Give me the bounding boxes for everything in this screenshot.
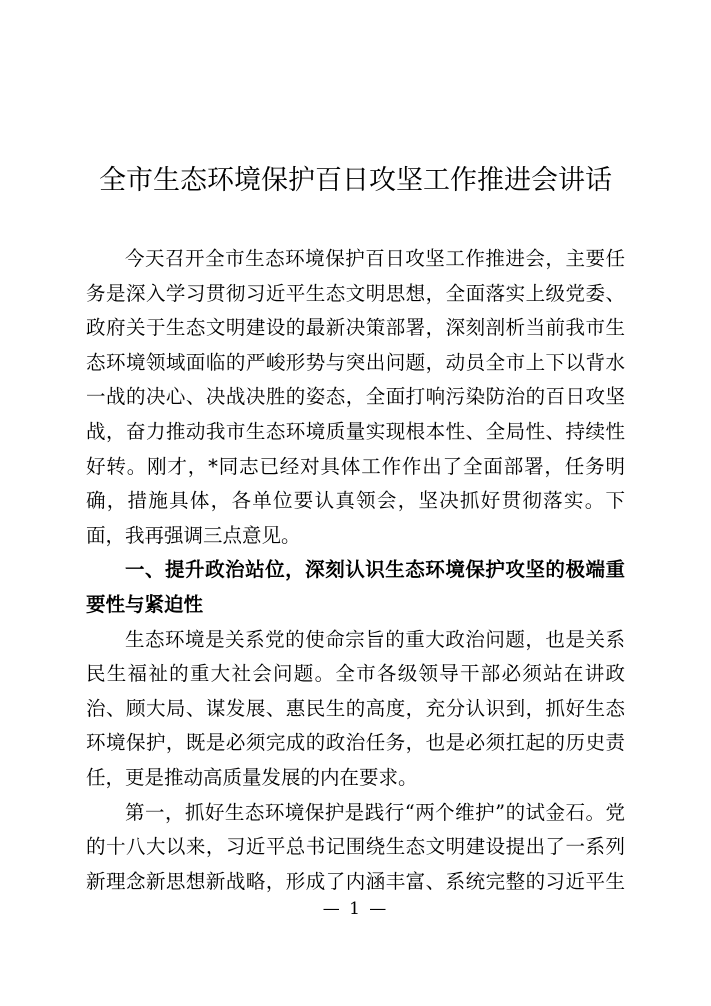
text-line: 政府关于生态文明建设的最新决策部署，深刻剖析当前我市生 xyxy=(86,311,625,346)
document-blocks: 今天召开全市生态环境保护百日攻坚工作推进会，主要任务是深入学习贯彻习近平生态文明… xyxy=(86,242,625,899)
text-line: 民生福祉的重大社会问题。全市各级领导干部必须站在讲政 xyxy=(86,657,625,692)
paragraph: 生态环境是关系党的使命宗旨的重大政治问题，也是关系民生福祉的重大社会问题。全市各… xyxy=(86,623,625,796)
text-line: 一、提升政治站位，深刻认识生态环境保护攻坚的极端重 xyxy=(86,553,625,588)
text-line: 面，我再强调三点意见。 xyxy=(86,519,625,554)
text-line: 战，奋力推动我市生态环境质量实现根本性、全局性、持续性 xyxy=(86,415,625,450)
document-title: 全市生态环境保护百日攻坚工作推进会讲话 xyxy=(0,0,711,201)
paragraph: 第一，抓好生态环境保护是践行“两个维护”的试金石。党的十八大以来，习近平总书记围… xyxy=(86,796,625,900)
section-heading: 一、提升政治站位，深刻认识生态环境保护攻坚的极端重要性与紧迫性 xyxy=(86,553,625,622)
text-line: 环境保护，既是必须完成的政治任务，也是必须扛起的历史责 xyxy=(86,726,625,761)
text-line: 确，措施具体，各单位要认真领会，坚决抓好贯彻落实。下 xyxy=(86,484,625,519)
text-line: 的十八大以来，习近平总书记围绕生态文明建设提出了一系列 xyxy=(86,830,625,865)
text-line: 任，更是推动高质量发展的内在要求。 xyxy=(86,761,625,796)
text-line: 治、顾大局、谋发展、惠民生的高度，充分认识到，抓好生态 xyxy=(86,692,625,727)
text-line: 务是深入学习贯彻习近平生态文明思想，全面落实上级党委、 xyxy=(86,277,625,312)
text-line: 今天召开全市生态环境保护百日攻坚工作推进会，主要任 xyxy=(86,242,625,277)
text-line: 新理念新思想新战略，形成了内涵丰富、系统完整的习近平生 xyxy=(86,865,625,900)
text-line: 态环境领域面临的严峻形势与突出问题，动员全市上下以背水 xyxy=(86,346,625,381)
text-line: 一战的决心、决战决胜的姿态，全面打响污染防治的百日攻坚 xyxy=(86,380,625,415)
text-line: 要性与紧迫性 xyxy=(86,588,625,623)
text-line: 生态环境是关系党的使命宗旨的重大政治问题，也是关系 xyxy=(86,623,625,658)
document-page: 全市生态环境保护百日攻坚工作推进会讲话 今天召开全市生态环境保护百日攻坚工作推进… xyxy=(0,0,711,1006)
paragraph: 今天召开全市生态环境保护百日攻坚工作推进会，主要任务是深入学习贯彻习近平生态文明… xyxy=(86,242,625,553)
page-number: — 1 — xyxy=(0,898,711,920)
text-line: 好转。刚才，*同志已经对具体工作作出了全面部署，任务明 xyxy=(86,450,625,485)
text-line: 第一，抓好生态环境保护是践行“两个维护”的试金石。党 xyxy=(86,796,625,831)
